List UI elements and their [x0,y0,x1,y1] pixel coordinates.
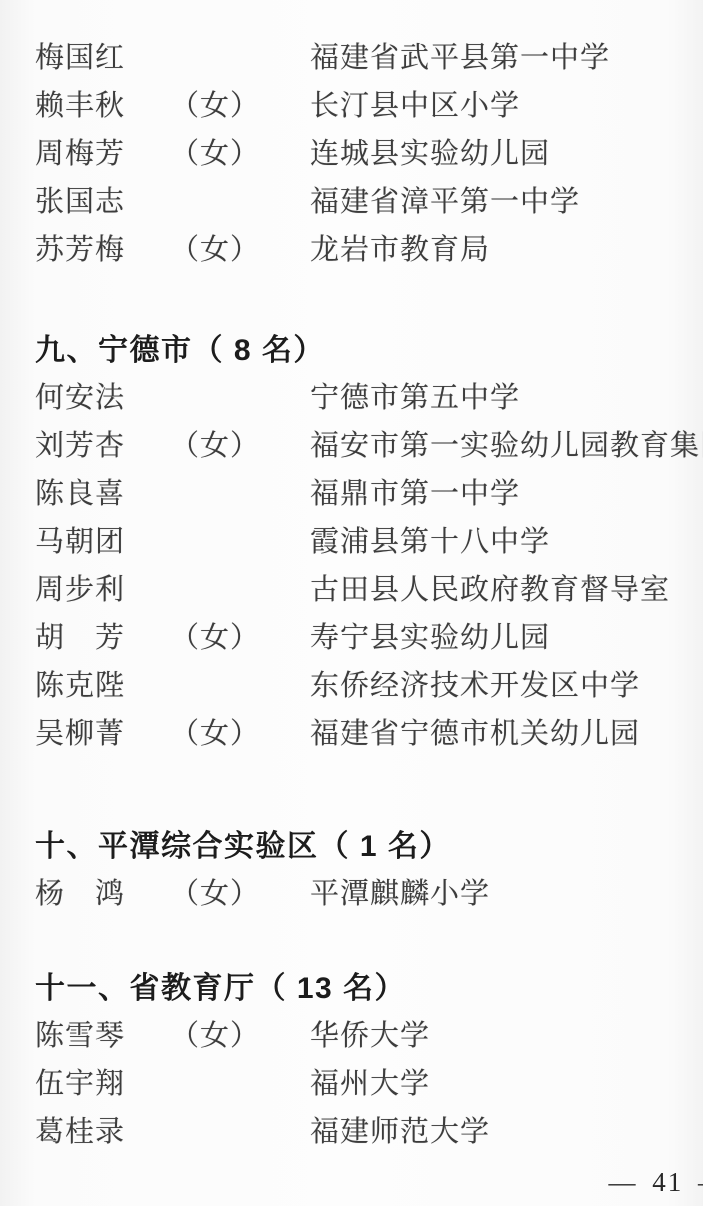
person-organization: 福建省漳平第一中学 [310,179,703,220]
person-name: 胡 芳 [35,615,170,656]
roster-row: 苏芳梅（女）龙岩市教育局 [0,223,703,271]
roster-section: 梅国红福建省武平县第一中学赖丰秋（女）长汀县中区小学周梅芳（女）连城县实验幼儿园… [0,31,703,271]
section-header: 九、宁德市（ 8 名） [0,323,703,371]
person-organization: 华侨大学 [310,1013,703,1054]
person-gender: （女） [170,227,310,268]
roster: 梅国红福建省武平县第一中学赖丰秋（女）长汀县中区小学周梅芳（女）连城县实验幼儿园… [0,0,703,1153]
roster-section: 九、宁德市（ 8 名）何安法宁德市第五中学刘芳杏（女）福安市第一实验幼儿园教育集… [0,323,703,755]
person-name: 陈克陛 [35,663,170,704]
roster-row: 刘芳杏（女）福安市第一实验幼儿园教育集团 [0,419,703,467]
person-organization: 连城县实验幼儿园 [310,131,703,172]
person-gender: （女） [170,423,310,464]
person-name: 苏芳梅 [35,227,170,268]
person-name: 刘芳杏 [35,423,170,464]
person-gender: （女） [170,1013,310,1054]
person-organization: 福州大学 [310,1061,703,1102]
person-gender: （女） [170,131,310,172]
roster-row: 周梅芳（女）连城县实验幼儿园 [0,127,703,175]
person-name: 张国志 [35,179,170,220]
person-name: 伍宇翔 [35,1061,170,1102]
person-organization: 东侨经济技术开发区中学 [310,663,703,704]
roster-row: 陈良喜福鼎市第一中学 [0,467,703,515]
roster-row: 胡 芳（女）寿宁县实验幼儿园 [0,611,703,659]
person-name: 陈良喜 [35,471,170,512]
person-name: 杨 鸿 [35,871,170,912]
person-organization: 福鼎市第一中学 [310,471,703,512]
person-organization: 霞浦县第十八中学 [310,519,703,560]
person-organization: 龙岩市教育局 [310,227,703,268]
person-name: 周梅芳 [35,131,170,172]
document-page: 梅国红福建省武平县第一中学赖丰秋（女）长汀县中区小学周梅芳（女）连城县实验幼儿园… [0,0,703,1206]
roster-row: 赖丰秋（女）长汀县中区小学 [0,79,703,127]
roster-row: 葛桂录福建师范大学 [0,1105,703,1153]
person-gender: （女） [170,615,310,656]
person-organization: 福建省武平县第一中学 [310,35,703,76]
roster-row: 陈克陛东侨经济技术开发区中学 [0,659,703,707]
person-gender: （女） [170,83,310,124]
person-organization: 福安市第一实验幼儿园教育集团 [310,423,703,464]
roster-section: 十、平潭综合实验区（ 1 名）杨 鸿（女）平潭麒麟小学 [0,819,703,915]
roster-row: 何安法宁德市第五中学 [0,371,703,419]
roster-row: 梅国红福建省武平县第一中学 [0,31,703,79]
person-organization: 古田县人民政府教育督导室 [310,567,703,608]
section-header: 十、平潭综合实验区（ 1 名） [0,819,703,867]
person-name: 葛桂录 [35,1109,170,1150]
person-name: 梅国红 [35,35,170,76]
person-gender: （女） [170,711,310,752]
page-number: — 41 — [609,1167,703,1198]
roster-section: 十一、省教育厅（ 13 名）陈雪琴（女）华侨大学伍宇翔福州大学葛桂录福建师范大学 [0,961,703,1153]
person-name: 陈雪琴 [35,1013,170,1054]
person-name: 何安法 [35,375,170,416]
person-organization: 平潭麒麟小学 [310,871,703,912]
roster-row: 张国志福建省漳平第一中学 [0,175,703,223]
roster-row: 杨 鸿（女）平潭麒麟小学 [0,867,703,915]
section-header: 十一、省教育厅（ 13 名） [0,961,703,1009]
person-gender: （女） [170,871,310,912]
person-organization: 长汀县中区小学 [310,83,703,124]
roster-row: 马朝团霞浦县第十八中学 [0,515,703,563]
person-organization: 寿宁县实验幼儿园 [310,615,703,656]
person-name: 吴柳菁 [35,711,170,752]
person-organization: 福建师范大学 [310,1109,703,1150]
roster-row: 吴柳菁（女）福建省宁德市机关幼儿园 [0,707,703,755]
person-organization: 福建省宁德市机关幼儿园 [310,711,703,752]
person-name: 周步利 [35,567,170,608]
person-name: 马朝团 [35,519,170,560]
roster-row: 伍宇翔福州大学 [0,1057,703,1105]
roster-row: 周步利古田县人民政府教育督导室 [0,563,703,611]
roster-row: 陈雪琴（女）华侨大学 [0,1009,703,1057]
person-organization: 宁德市第五中学 [310,375,703,416]
person-name: 赖丰秋 [35,83,170,124]
